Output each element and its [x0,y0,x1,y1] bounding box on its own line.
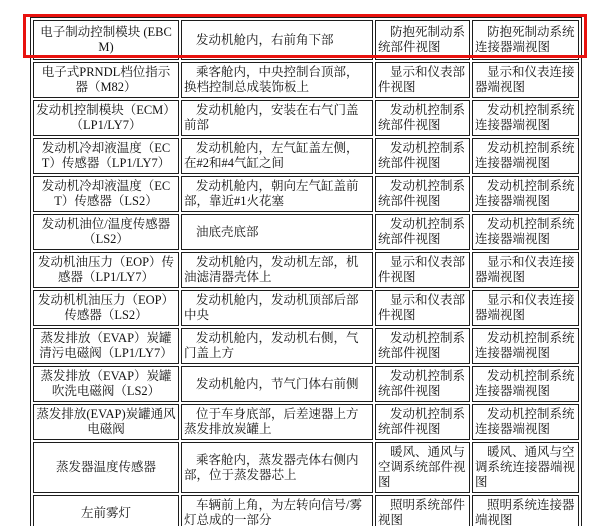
table-row[interactable]: 发动机冷却液温度（ECT）传感器（LS2）发动机舱内，朝向左气缸盖前部，靠近#1… [33,176,579,212]
cell-connector-view: 发动机控制系统连接器端视图 [472,100,579,136]
table-row[interactable]: 电子式PRNDL档位指示器（M82）乘客舱内，中央控制台顶部，换档控制总成装饰板… [33,62,579,98]
cell-component: 发动机油位/温度传感器（LS2） [33,214,179,250]
cell-component-view: 发动机控制系统部件视图 [375,404,470,440]
cell-component: 电子制动控制模块 (EBCM) [33,20,179,60]
cell-connector-view: 防抱死制动系统连接器端视图 [472,20,579,60]
cell-component: 发动机控制模块（ECM）（LP1/LY7） [33,100,179,136]
cell-text: 显示和仪表连接器端视图 [475,255,576,285]
cell-text: 乘客舱内，蒸发器壳体右侧内部，位于蒸发器芯上 [184,453,370,483]
cell-text: 发动机舱内，左气缸盖左侧，在#2和#4气缸之间 [184,141,370,171]
cell-connector-view: 显示和仪表连接器端视图 [472,290,579,326]
cell-connector-view: 显示和仪表连接器端视图 [472,252,579,288]
cell-location: 发动机舱内，右前角下部 [181,20,373,60]
cell-text: 发动机舱内，安装在右气门盖前部 [184,103,370,133]
cell-text: 左前雾灯 [36,506,176,521]
cell-text: 显示和仪表部件视图 [378,255,467,285]
cell-connector-view: 发动机控制系统连接器端视图 [472,214,579,250]
cell-text: 电子式PRNDL档位指示器（M82） [36,65,176,95]
cell-text: 发动机控制系统连接器端视图 [475,407,576,437]
cell-component-view: 发动机控制系统部件视图 [375,176,470,212]
manual-page: 电子制动控制模块 (EBCM)发动机舱内，右前角下部防抱死制动系统部件视图防抱死… [0,0,598,526]
cell-component-view: 防抱死制动系统部件视图 [375,20,470,60]
table-row[interactable]: 蒸发排放（EVAP）炭罐吹洗电磁阀（LS2）发动机舱内，节气门体右前侧发动机控制… [33,366,579,402]
cell-location: 发动机舱内，安装在右气门盖前部 [181,100,373,136]
cell-text: 发动机控制系统部件视图 [378,141,467,171]
cell-component-view: 显示和仪表部件视图 [375,62,470,98]
cell-text: 暖风、通风与空调系统连接器端视图 [475,445,576,490]
cell-component-view: 发动机控制系统部件视图 [375,366,470,402]
cell-component-view: 发动机控制系统部件视图 [375,328,470,364]
cell-text: 位于车身底部，后差速器上方蒸发排放炭罐上 [184,407,370,437]
cell-component-view: 发动机控制系统部件视图 [375,138,470,174]
cell-text: 发动机控制模块（ECM）（LP1/LY7） [36,103,176,133]
cell-text: 发动机控制系统连接器端视图 [475,369,576,399]
cell-text: 发动机控制系统部件视图 [378,331,467,361]
cell-text: 油底壳底部 [184,225,370,240]
cell-text: 发动机控制系统部件视图 [378,369,467,399]
cell-text: 发动机冷却液温度（ECT）传感器（LP1/LY7） [36,141,176,171]
cell-component: 左前雾灯 [33,495,179,526]
cell-text: 照明系统部件视图 [378,498,467,526]
cell-text: 显示和仪表部件视图 [378,65,467,95]
table-row[interactable]: 发动机机油压力（EOP）传感器（LS2）发动机舱内，发动机顶部后部中央显示和仪表… [33,290,579,326]
cell-component: 蒸发器温度传感器 [33,442,179,493]
cell-component: 蒸发排放(EVAP)炭罐通风电磁阀 [33,404,179,440]
cell-text: 发动机油位/温度传感器（LS2） [36,217,176,247]
cell-location: 发动机舱内，朝向左气缸盖前部，靠近#1火花塞 [181,176,373,212]
cell-text: 发动机控制系统部件视图 [378,407,467,437]
cell-component: 电子式PRNDL档位指示器（M82） [33,62,179,98]
cell-text: 电子制动控制模块 (EBCM) [36,25,176,55]
cell-text: 发动机舱内，节气门体右前侧 [184,377,370,392]
cell-text: 蒸发器温度传感器 [36,460,176,475]
cell-location: 位于车身底部，后差速器上方蒸发排放炭罐上 [181,404,373,440]
cell-connector-view: 显示和仪表连接器端视图 [472,62,579,98]
cell-text: 发动机控制系统连接器端视图 [475,331,576,361]
cell-text: 蒸发排放（EVAP）炭罐清污电磁阀（LP1/LY7） [36,331,176,361]
cell-connector-view: 发动机控制系统连接器端视图 [472,176,579,212]
cell-connector-view: 发动机控制系统连接器端视图 [472,366,579,402]
cell-text: 暖风、通风与空调系统部件视图 [378,445,467,490]
table-row[interactable]: 蒸发器温度传感器乘客舱内，蒸发器壳体右侧内部，位于蒸发器芯上暖风、通风与空调系统… [33,442,579,493]
cell-component-view: 显示和仪表部件视图 [375,290,470,326]
table-row[interactable]: 左前雾灯车辆前上角，为左转向信号/雾灯总成的一部分照明系统部件视图照明系统连接器… [33,495,579,526]
table-row[interactable]: 蒸发排放（EVAP）炭罐清污电磁阀（LP1/LY7）发动机舱内，发动机右侧，气门… [33,328,579,364]
cell-text: 发动机舱内，朝向左气缸盖前部，靠近#1火花塞 [184,179,370,209]
cell-text: 发动机控制系统部件视图 [378,103,467,133]
cell-text: 照明系统连接器端视图 [475,498,576,526]
cell-text: 显示和仪表连接器端视图 [475,65,576,95]
cell-component-view: 显示和仪表部件视图 [375,252,470,288]
cell-connector-view: 照明系统连接器端视图 [472,495,579,526]
cell-connector-view: 发动机控制系统连接器端视图 [472,328,579,364]
cell-location: 油底壳底部 [181,214,373,250]
cell-component: 蒸发排放（EVAP）炭罐清污电磁阀（LP1/LY7） [33,328,179,364]
cell-location: 发动机舱内，发动机左部，机油滤清器壳体上 [181,252,373,288]
cell-location: 发动机舱内，发动机右侧，气门盖上方 [181,328,373,364]
cell-text: 防抱死制动系统部件视图 [378,25,467,55]
cell-component: 发动机油压力（EOP）传感器（LP1/LY7） [33,252,179,288]
component-location-table: 电子制动控制模块 (EBCM)发动机舱内，右前角下部防抱死制动系统部件视图防抱死… [30,17,582,526]
cell-connector-view: 发动机控制系统连接器端视图 [472,404,579,440]
cell-component: 发动机冷却液温度（ECT）传感器（LP1/LY7） [33,138,179,174]
cell-text: 发动机冷却液温度（ECT）传感器（LS2） [36,179,176,209]
table-row[interactable]: 电子制动控制模块 (EBCM)发动机舱内，右前角下部防抱死制动系统部件视图防抱死… [33,20,579,60]
table-row[interactable]: 发动机油压力（EOP）传感器（LP1/LY7）发动机舱内，发动机左部，机油滤清器… [33,252,579,288]
cell-text: 防抱死制动系统连接器端视图 [475,25,576,55]
cell-text: 发动机舱内，发动机左部，机油滤清器壳体上 [184,255,370,285]
cell-text: 发动机控制系统连接器端视图 [475,103,576,133]
cell-text: 发动机舱内，右前角下部 [184,33,370,48]
cell-location: 车辆前上角，为左转向信号/雾灯总成的一部分 [181,495,373,526]
cell-location: 发动机舱内，左气缸盖左侧，在#2和#4气缸之间 [181,138,373,174]
cell-connector-view: 暖风、通风与空调系统连接器端视图 [472,442,579,493]
cell-text: 发动机控制系统部件视图 [378,217,467,247]
table-row[interactable]: 蒸发排放(EVAP)炭罐通风电磁阀位于车身底部，后差速器上方蒸发排放炭罐上发动机… [33,404,579,440]
cell-text: 发动机舱内，发动机顶部后部中央 [184,293,370,323]
component-table-body: 电子制动控制模块 (EBCM)发动机舱内，右前角下部防抱死制动系统部件视图防抱死… [33,20,579,526]
cell-text: 蒸发排放(EVAP)炭罐通风电磁阀 [36,407,176,437]
cell-text: 显示和仪表连接器端视图 [475,293,576,323]
cell-connector-view: 发动机控制系统连接器端视图 [472,138,579,174]
cell-component-view: 发动机控制系统部件视图 [375,100,470,136]
table-row[interactable]: 发动机冷却液温度（ECT）传感器（LP1/LY7）发动机舱内，左气缸盖左侧，在#… [33,138,579,174]
table-row[interactable]: 发动机油位/温度传感器（LS2）油底壳底部发动机控制系统部件视图发动机控制系统连… [33,214,579,250]
cell-text: 显示和仪表部件视图 [378,293,467,323]
cell-location: 发动机舱内，节气门体右前侧 [181,366,373,402]
cell-location: 发动机舱内，发动机顶部后部中央 [181,290,373,326]
cell-text: 发动机控制系统连接器端视图 [475,217,576,247]
cell-component: 发动机机油压力（EOP）传感器（LS2） [33,290,179,326]
cell-component: 发动机冷却液温度（ECT）传感器（LS2） [33,176,179,212]
cell-location: 乘客舱内，蒸发器壳体右侧内部，位于蒸发器芯上 [181,442,373,493]
cell-component-view: 发动机控制系统部件视图 [375,214,470,250]
cell-text: 蒸发排放（EVAP）炭罐吹洗电磁阀（LS2） [36,369,176,399]
cell-text: 发动机控制系统连接器端视图 [475,179,576,209]
cell-text: 乘客舱内，中央控制台顶部，换档控制总成装饰板上 [184,65,370,95]
cell-text: 车辆前上角，为左转向信号/雾灯总成的一部分 [184,498,370,526]
cell-text: 发动机机油压力（EOP）传感器（LS2） [36,293,176,323]
cell-text: 发动机舱内，发动机右侧，气门盖上方 [184,331,370,361]
cell-location: 乘客舱内，中央控制台顶部，换档控制总成装饰板上 [181,62,373,98]
table-row[interactable]: 发动机控制模块（ECM）（LP1/LY7）发动机舱内，安装在右气门盖前部发动机控… [33,100,579,136]
cell-component-view: 暖风、通风与空调系统部件视图 [375,442,470,493]
cell-component-view: 照明系统部件视图 [375,495,470,526]
cell-text: 发动机控制系统部件视图 [378,179,467,209]
cell-text: 发动机控制系统连接器端视图 [475,141,576,171]
cell-component: 蒸发排放（EVAP）炭罐吹洗电磁阀（LS2） [33,366,179,402]
cell-text: 发动机油压力（EOP）传感器（LP1/LY7） [36,255,176,285]
